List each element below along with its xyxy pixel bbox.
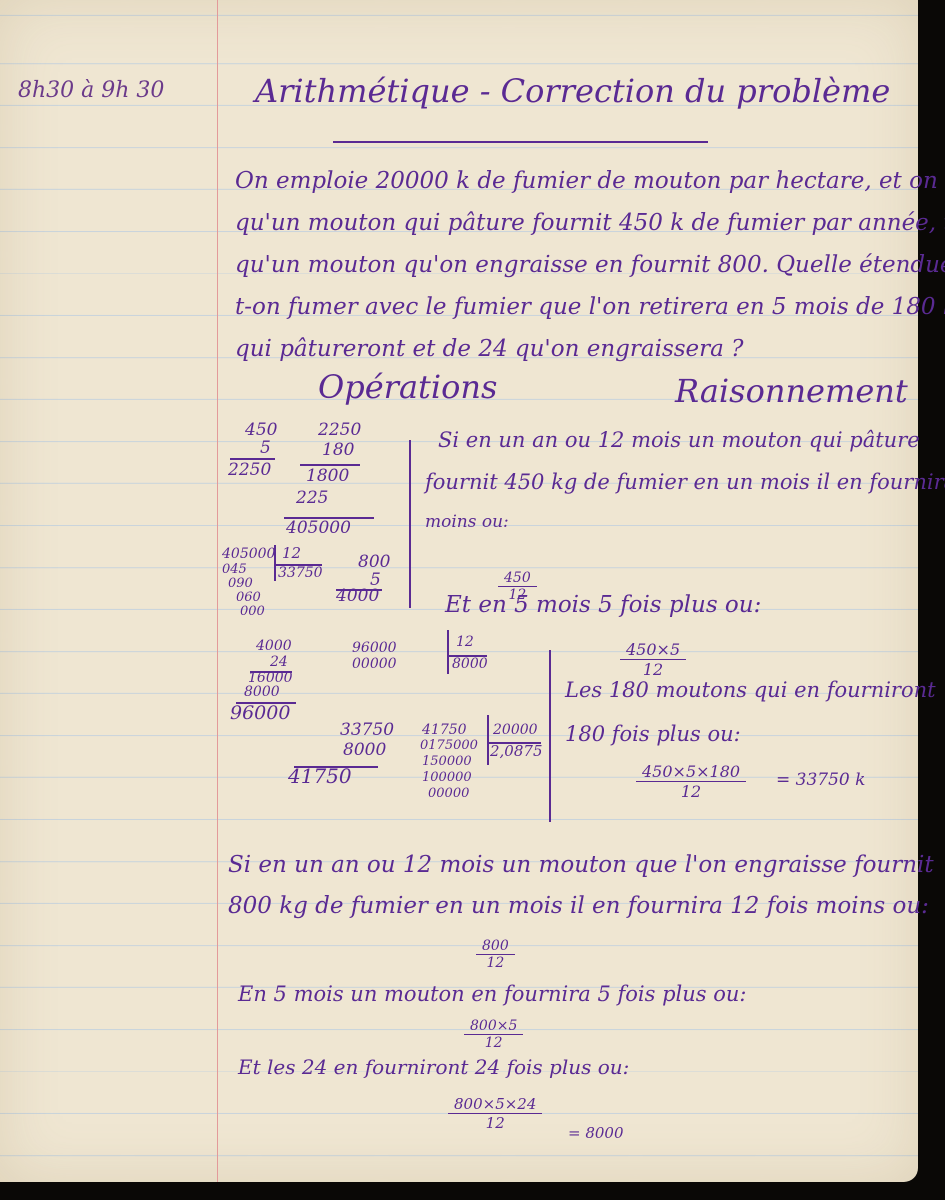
op8-row: 0175000 <box>420 738 478 753</box>
op6-dividend: 96000 <box>352 640 397 656</box>
part2-line: En 5 mois un mouton en fournira 5 fois p… <box>238 982 746 1006</box>
op1-a: 450 <box>245 420 277 440</box>
numerator: 450 <box>498 570 537 587</box>
denominator: 12 <box>485 1035 503 1051</box>
op4-result: 4000 <box>336 586 379 606</box>
reasoning-line: Et en 5 mois 5 fois plus ou: <box>445 592 761 618</box>
fraction-800x5-12: 800×5 12 <box>464 1018 523 1051</box>
part2-line: Si en un an ou 12 mois un mouton que l'o… <box>228 852 934 878</box>
operations-heading: Opérations <box>318 368 497 406</box>
reasoning-line: moins ou: <box>425 512 509 532</box>
denominator: 12 <box>486 1114 505 1132</box>
op3-row: 060 <box>236 590 261 605</box>
op6-quotient: 8000 <box>452 656 488 672</box>
numerator: 450×5 <box>620 640 686 660</box>
page-title: Arithmétique - Correction du problème <box>255 72 890 110</box>
title-underline <box>333 141 708 143</box>
op6-row: 00000 <box>352 656 397 672</box>
problem-line: qu'un mouton qui pâture fournit 450 k de… <box>235 210 945 236</box>
op7-b: 8000 <box>343 740 386 760</box>
numerator: 800×5 <box>464 1018 523 1035</box>
op2-p1: 1800 <box>306 466 349 486</box>
problem-line: qui pâtureront et de 24 qu'on engraisser… <box>235 336 744 362</box>
op5-p2: 8000 <box>244 684 280 700</box>
op3-row: 090 <box>228 576 253 591</box>
reasoning-line: fournit 450 kg de fumier en un mois il e… <box>425 470 945 494</box>
op2-b: 180 <box>322 440 354 460</box>
notebook-page: 8h30 à 9h 30 Arithmétique - Correction d… <box>0 0 918 1182</box>
numerator: 800 <box>476 938 515 955</box>
result-8000: = 8000 <box>568 1124 624 1142</box>
op4-a: 800 <box>358 552 390 572</box>
op1-result: 2250 <box>228 460 271 480</box>
op8-row: 100000 <box>422 770 472 785</box>
op3-quotient: 33750 <box>278 565 323 581</box>
op5-result: 96000 <box>230 702 290 724</box>
reasoning-heading: Raisonnement <box>675 372 908 410</box>
margin-line <box>217 0 218 1182</box>
problem-line: t-on fumer avec le fumier que l'on retir… <box>235 294 945 320</box>
problem-line: qu'un mouton qu'on engraisse en fournit … <box>235 252 945 278</box>
op5-b: 24 <box>270 654 288 670</box>
op3-row: 000 <box>240 604 265 619</box>
op5-a: 4000 <box>256 638 292 654</box>
problem-line: On emploie 20000 k de fumier de mouton p… <box>235 168 945 194</box>
op6-divisor: 12 <box>456 634 474 650</box>
margin-time: 8h30 à 9h 30 <box>18 78 164 103</box>
op3-row: 045 <box>222 562 247 577</box>
op2-result: 405000 <box>286 518 351 538</box>
fraction-450x5-12: 450×5 12 <box>620 640 686 679</box>
op2-p2: 225 <box>296 488 328 508</box>
part2-line: 800 kg de fumier en un mois il en fourni… <box>228 893 929 919</box>
op3-dividend: 405000 <box>222 546 275 562</box>
operations-divider <box>409 440 411 608</box>
op6-division-bar <box>447 630 449 674</box>
op2-a: 2250 <box>318 420 361 440</box>
op8-row: 150000 <box>422 754 472 769</box>
result-33750: = 33750 k <box>776 770 865 790</box>
op7-result: 41750 <box>288 764 352 788</box>
fraction-800x5x24-12: 800×5×24 12 <box>448 1095 542 1132</box>
reasoning-line: Les 180 moutons qui en fourniront <box>565 678 936 702</box>
numerator: 450×5×180 <box>636 762 746 782</box>
part2-line: Et les 24 en fourniront 24 fois plus ou: <box>238 1055 629 1079</box>
fraction-450x5x180-12: 450×5×180 12 <box>636 762 746 801</box>
operations-divider-2 <box>549 650 551 822</box>
op8-quotient: 2,0875 <box>490 742 543 760</box>
op3-divisor: 12 <box>282 544 301 562</box>
fraction-800-12: 800 12 <box>476 938 515 971</box>
reasoning-line: 180 fois plus ou: <box>565 722 741 746</box>
reasoning-line: Si en un an ou 12 mois un mouton qui pât… <box>438 428 920 452</box>
numerator: 800×5×24 <box>448 1095 542 1114</box>
denominator: 12 <box>643 660 663 679</box>
op3-division-bar <box>274 545 276 581</box>
op8-divisor: 20000 <box>493 722 538 738</box>
op7-a: 33750 <box>340 720 394 740</box>
denominator: 12 <box>681 782 701 801</box>
op8-dividend: 41750 <box>422 722 467 738</box>
op8-row: 00000 <box>428 786 469 801</box>
op1-b: 5 <box>260 438 271 458</box>
denominator: 12 <box>486 955 504 971</box>
op8-division-bar <box>487 715 489 765</box>
